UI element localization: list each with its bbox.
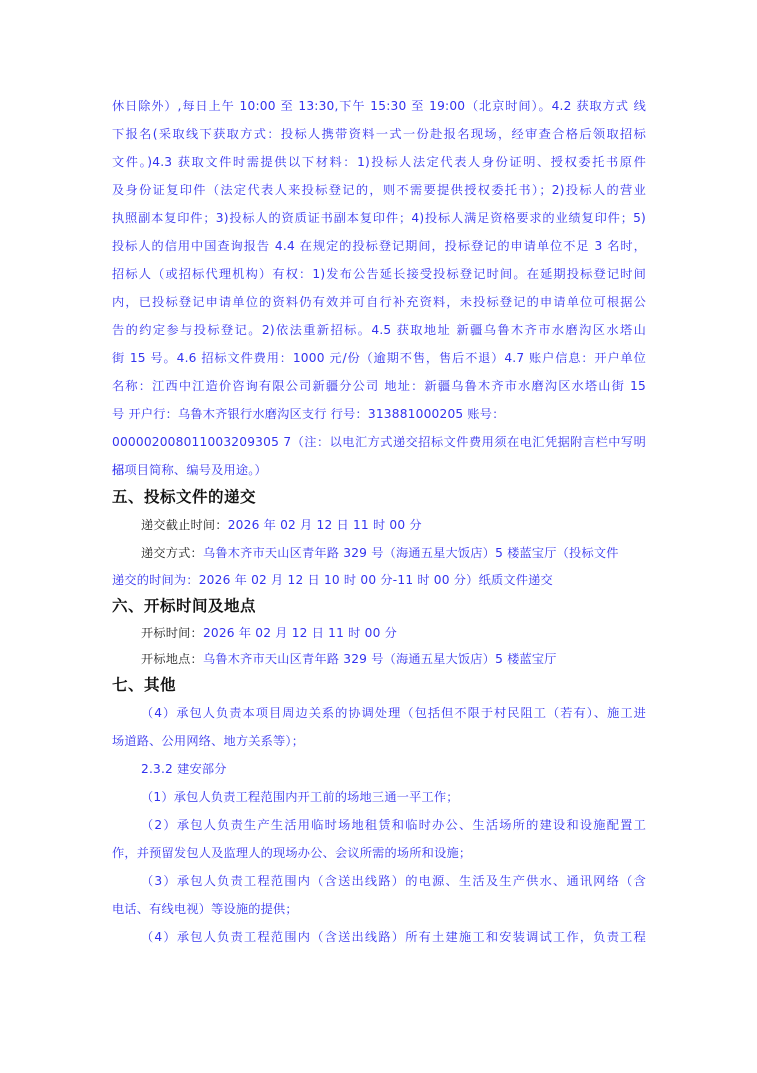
submission-method-value-continued: 递交的时间为：2026 年 02 月 12 日 10 时 00 分-11 时 0… <box>112 573 553 587</box>
section7-body: （4）承包人负责本项目周边关系的协调处理（包括但不限于村民阻工（若有）、施工进 … <box>112 699 646 951</box>
paragraph-line: 执照副本复印件；3)投标人的资质证书副本复印件；4)投标人满足资格要求的业绩复印… <box>112 204 646 232</box>
paragraph-line: 000002008011003209305 7（注：以电汇方式递交招标文件费用须… <box>112 428 646 456</box>
subsection-title: 2.3.2 建安部分 <box>112 755 646 783</box>
paragraph-line: 及身份证复印件（法定代表人来投标登记的，则不需要提供授权委托书）；2)投标人的营… <box>112 176 646 204</box>
submission-method-label: 递交方式： <box>141 546 203 560</box>
section5-heading: 五、投标文件的递交 <box>112 484 646 511</box>
paragraph-line: 内，已投标登记申请单位的资料仍有效并可自行补充资料，未投标登记的申请单位可根据公 <box>112 288 646 316</box>
paragraph-line: （4）承包人负责本项目周边关系的协调处理（包括但不限于村民阻工（若有）、施工进 <box>112 699 646 727</box>
paragraph-line: 文件。)4.3 获取文件时需提供以下材料：1)投标人法定代表人身份证明、授权委托… <box>112 148 646 176</box>
submission-deadline-value: 2026 年 02 月 12 日 11 时 00 分 <box>228 518 422 532</box>
opening-time-value: 2026 年 02 月 12 日 11 时 00 分 <box>203 626 397 640</box>
submission-method-row-continued: 递交的时间为：2026 年 02 月 12 日 10 时 00 分-11 时 0… <box>112 567 646 593</box>
paragraph-line: 电话、有线电视）等设施的提供； <box>112 895 646 923</box>
opening-place-row: 开标地点：乌鲁木齐市天山区青年路 329 号（海通五星大饭店）5 楼蓝宝厅 <box>112 646 646 672</box>
paragraph-line: （1）承包人负责工程范围内开工前的场地三通一平工作； <box>112 783 646 811</box>
opening-time-row: 开标时间：2026 年 02 月 12 日 11 时 00 分 <box>112 620 646 646</box>
paragraph-line: 街 15 号。4.6 招标文件费用：1000 元/份（逾期不售，售后不退）4.7… <box>112 344 646 372</box>
paragraph-line: 告的约定参与投标登记。2)依法重新招标。4.5 获取地址 新疆乌鲁木齐市水磨沟区… <box>112 316 646 344</box>
paragraph-line: 招标人（或招标代理机构）有权：1)发布公告延长接受投标登记时间。在延期投标登记时… <box>112 260 646 288</box>
section4-continued-paragraph: 休日除外）,每日上午 10:00 至 13:30,下午 15:30 至 19:0… <box>112 92 646 484</box>
section6-heading: 六、开标时间及地点 <box>112 593 646 620</box>
paragraph-line: （4）承包人负责工程范围内（含送出线路）所有土建施工和安装调试工作，负责工程 <box>112 923 646 951</box>
opening-place-value: 乌鲁木齐市天山区青年路 329 号（海通五星大饭店）5 楼蓝宝厅 <box>203 652 557 666</box>
paragraph-line: 投标人的信用中国查询报告 4.4 在规定的投标登记期间，投标登记的申请单位不足 … <box>112 232 646 260</box>
paragraph-line: 号 开户行：乌鲁木齐银行水磨沟区支行 行号：313881000205 账号： <box>112 400 646 428</box>
paragraph-line: （3）承包人负责工程范围内（含送出线路）的电源、生活及生产供水、通讯网络（含 <box>112 867 646 895</box>
paragraph-line: 标项目简称、编号及用途。） <box>112 456 646 484</box>
submission-deadline-label: 递交截止时间： <box>141 518 228 532</box>
paragraph-line: 作，并预留发包人及监理人的现场办公、会议所需的场所和设施； <box>112 839 646 867</box>
paragraph-line: 名称：江西中江造价咨询有限公司新疆分公司 地址：新疆乌鲁木齐市水磨沟区水塔山街 … <box>112 372 646 400</box>
paragraph-line: 场道路、公用网络、地方关系等）； <box>112 727 646 755</box>
paragraph-line: 休日除外）,每日上午 10:00 至 13:30,下午 15:30 至 19:0… <box>112 92 646 120</box>
paragraph-line: 下报名(采取线下获取方式：投标人携带资料一式一份赴报名现场，经审查合格后领取招标 <box>112 120 646 148</box>
section7-heading: 七、其他 <box>112 672 646 699</box>
submission-deadline-row: 递交截止时间：2026 年 02 月 12 日 11 时 00 分 <box>112 511 646 539</box>
submission-method-value: 乌鲁木齐市天山区青年路 329 号（海通五星大饭店）5 楼蓝宝厅（投标文件 <box>203 546 619 560</box>
submission-method-row: 递交方式：乌鲁木齐市天山区青年路 329 号（海通五星大饭店）5 楼蓝宝厅（投标… <box>112 539 646 567</box>
opening-place-label: 开标地点： <box>141 652 203 666</box>
opening-time-label: 开标时间： <box>141 626 203 640</box>
paragraph-line: （2）承包人负责生产生活用临时场地租赁和临时办公、生活场所的建设和设施配置工 <box>112 811 646 839</box>
document-page: 休日除外）,每日上午 10:00 至 13:30,下午 15:30 至 19:0… <box>112 92 646 951</box>
